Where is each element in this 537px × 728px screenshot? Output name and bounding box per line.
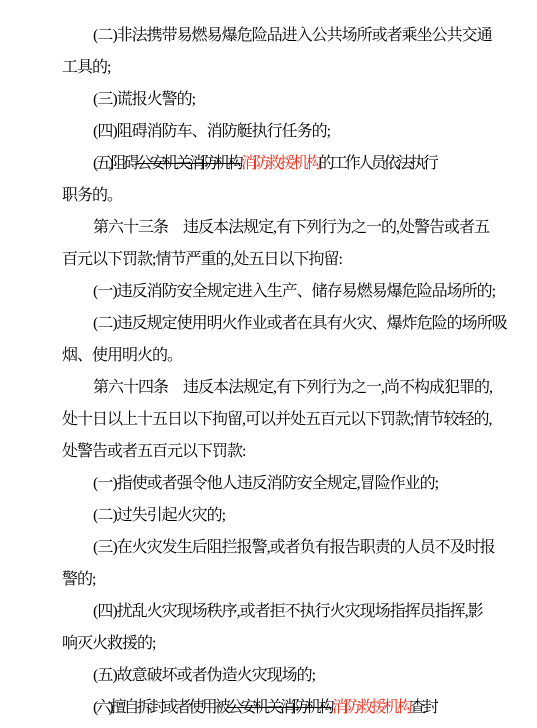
text-line: (四)扰乱火灾现场秩序,或者拒不执行火灾现场指挥员指挥,影 xyxy=(62,596,487,628)
body-text: (二)违反规定使用明火作业或者在具有火灾、爆炸危险的场所吸 xyxy=(93,315,507,332)
text-line: 第六十四条 违反本法规定,有下列行为之一,尚不构成犯罪的, xyxy=(62,372,487,404)
text-line: (一)指使或者强令他人违反消防安全规定,冒险作业的; xyxy=(62,468,487,500)
body-text: 响灭火救援的; xyxy=(62,635,155,652)
document-body: (二)非法携带易燃易爆危险品进入公共场所或者乘坐公共交通工具的;(三)谎报火警的… xyxy=(0,0,537,724)
body-text: (五)故意破坏或者伪造火灾现场的; xyxy=(93,667,315,684)
text-line: 处警告或者五百元以下罚款: xyxy=(62,436,487,468)
text-line: (四)阻碍消防车、消防艇执行任务的; xyxy=(62,116,487,148)
deleted-text: 公安机关消防机构 xyxy=(228,699,332,716)
body-text: (六)擅自拆封或者使用被 xyxy=(93,699,228,716)
text-line: 处十日以上十五日以下拘留,可以并处五百元以下罚款;情节较轻的, xyxy=(62,404,487,436)
text-line: (二)过失引起火灾的; xyxy=(62,500,487,532)
document-page: (二)非法携带易燃易爆危险品进入公共场所或者乘坐公共交通工具的;(三)谎报火警的… xyxy=(0,0,537,728)
body-text: 百元以下罚款;情节严重的,处五日以下拘留: xyxy=(62,251,342,268)
body-text: (三)谎报火警的; xyxy=(93,91,195,108)
text-line: (五)故意破坏或者伪造火灾现场的; xyxy=(62,660,487,692)
text-line: 警的; xyxy=(62,564,487,596)
text-line: 工具的; xyxy=(62,52,487,84)
body-text: (一)指使或者强令他人违反消防安全规定,冒险作业的; xyxy=(93,475,438,492)
body-text: 烟、使用明火的。 xyxy=(62,347,182,364)
text-line: 烟、使用明火的。 xyxy=(62,340,487,372)
text-line: 百元以下罚款;情节严重的,处五日以下拘留: xyxy=(62,244,487,276)
body-text: (四)阻碍消防车、消防艇执行任务的; xyxy=(93,123,330,140)
body-text: 第六十三条 违反本法规定,有下列行为之一的,处警告或者五 xyxy=(93,219,489,236)
body-text: 处十日以上十五日以下拘留,可以并处五百元以下罚款;情节较轻的, xyxy=(62,411,491,428)
inserted-text: 消防救援机构 xyxy=(332,699,410,716)
body-text: (二)非法携带易燃易爆危险品进入公共场所或者乘坐公共交通 xyxy=(93,27,492,44)
text-line: (二)非法携带易燃易爆危险品进入公共场所或者乘坐公共交通 xyxy=(62,20,487,52)
body-text: (四)扰乱火灾现场秩序,或者拒不执行火灾现场指挥员指挥,影 xyxy=(93,603,483,620)
text-line: (六)擅自拆封或者使用被公安机关消防机构消防救援机构查封 xyxy=(62,692,487,724)
text-line: (五)阻碍公安机关消防机构消防救援机构的工作人员依法执行 xyxy=(62,148,487,180)
body-text: 的工作人员依法执行 xyxy=(319,155,436,172)
deleted-text: 公安机关消防机构 xyxy=(137,155,241,172)
body-text: (二)过失引起火灾的; xyxy=(93,507,225,524)
body-text: 警的; xyxy=(62,571,95,588)
body-text: (一)违反消防安全规定进入生产、储存易燃易爆危险品场所的; xyxy=(93,283,495,300)
text-line: 响灭火救援的; xyxy=(62,628,487,660)
text-line: (一)违反消防安全规定进入生产、储存易燃易爆危险品场所的; xyxy=(62,276,487,308)
body-text: 第六十四条 违反本法规定,有下列行为之一,尚不构成犯罪的, xyxy=(93,379,492,396)
body-text: 查封 xyxy=(410,699,436,716)
text-line: (三)谎报火警的; xyxy=(62,84,487,116)
text-line: (二)违反规定使用明火作业或者在具有火灾、爆炸危险的场所吸 xyxy=(62,308,487,340)
inserted-text: 消防救援机构 xyxy=(241,155,319,172)
body-text: 职务的。 xyxy=(62,187,122,204)
body-text: 处警告或者五百元以下罚款: xyxy=(62,443,245,460)
body-text: (三)在火灾发生后阻拦报警,或者负有报告职责的人员不及时报 xyxy=(93,539,495,556)
body-text: (五)阻碍 xyxy=(93,155,137,172)
text-line: 第六十三条 违反本法规定,有下列行为之一的,处警告或者五 xyxy=(62,212,487,244)
text-line: 职务的。 xyxy=(62,180,487,212)
body-text: 工具的; xyxy=(62,59,110,76)
text-line: (三)在火灾发生后阻拦报警,或者负有报告职责的人员不及时报 xyxy=(62,532,487,564)
